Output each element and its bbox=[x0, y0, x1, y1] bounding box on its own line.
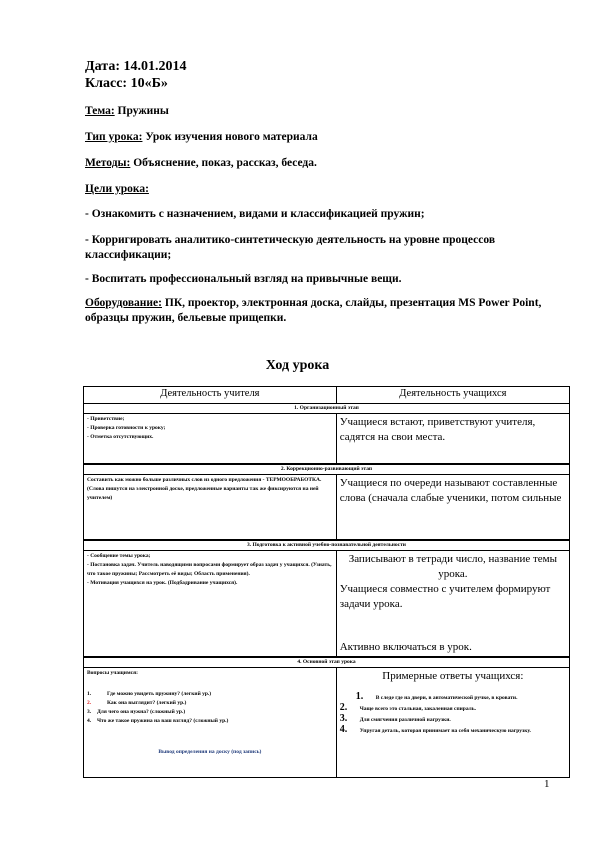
teacher-item: - Проверка готовности к уроку; bbox=[87, 424, 333, 433]
students-column-header: Деятельность учащихся bbox=[336, 387, 569, 404]
student-item: Активно включаться в урок. bbox=[340, 640, 566, 655]
answer-number: 2. bbox=[340, 703, 360, 712]
question-item: 1.Где можно увидеть пружину? (легкий ур.… bbox=[87, 690, 333, 699]
answer-text: В следе где на двери, в автоматической р… bbox=[376, 695, 518, 701]
methods-value: Объяснение, показ, рассказ, беседа. bbox=[130, 157, 317, 169]
equipment-line: Оборудование: ПК, проектор, электронная … bbox=[85, 296, 545, 326]
teacher-item: - Отметка отсутствующих. bbox=[87, 433, 333, 442]
student-activity: Учащиеся встают, приветствуют учителя, с… bbox=[336, 414, 569, 464]
teacher-item: - Постановка задач. Учитель наводящими в… bbox=[87, 561, 333, 579]
teacher-item: - Сообщение темы урока; bbox=[87, 552, 333, 561]
teacher-activity: - Приветствие; - Проверка готовности к у… bbox=[84, 414, 337, 464]
teacher-activity: - Сообщение темы урока; - Постановка зад… bbox=[84, 551, 337, 658]
type-value: Урок изучения нового материала bbox=[142, 131, 317, 143]
answer-text: Для смягчения различной нагрузки. bbox=[360, 717, 451, 723]
stage-title: 2. Коррекционно-развивающий этап bbox=[84, 464, 570, 475]
teacher-column-header: Деятельность учителя bbox=[84, 387, 337, 404]
student-item: Записывают в тетради число, название тем… bbox=[340, 552, 566, 582]
answer-item: 1.В следе где на двери, в автоматической… bbox=[340, 692, 566, 703]
questions-intro: Вопросы учащимся: bbox=[87, 669, 333, 678]
question-text: Как она выглядит? (легкий ур.) bbox=[107, 700, 186, 706]
definition-note: Вывод определения на доску (под запись) bbox=[87, 748, 333, 757]
answers-list: 1.В следе где на двери, в автоматической… bbox=[340, 692, 566, 736]
question-number: 3. bbox=[87, 708, 97, 717]
topic-label: Тема: bbox=[85, 105, 115, 117]
teacher-item: (Слова пишутся на электронной доске, пре… bbox=[87, 485, 333, 503]
type-label: Тип урока: bbox=[85, 131, 142, 143]
answer-item: 2.Чаще всего это стальная, закаленная сп… bbox=[340, 703, 566, 714]
answer-number: 4. bbox=[340, 725, 360, 734]
teacher-item: - Приветствие; bbox=[87, 415, 333, 424]
question-number: 2. bbox=[87, 699, 107, 708]
lesson-progress-title: Ход урока bbox=[0, 358, 595, 374]
goals-line: Цели урока: bbox=[85, 182, 545, 196]
question-text: Где можно увидеть пружину? (легкий ур.) bbox=[107, 691, 211, 697]
stage-title: 3. Подготовка к активной учебно-познават… bbox=[84, 540, 570, 551]
goal-item: - Воспитать профессиональный взгляд на п… bbox=[85, 272, 545, 287]
answer-item: 3.Для смягчения различной нагрузки. bbox=[340, 714, 566, 725]
question-number: 1. bbox=[87, 690, 107, 699]
student-activity: Записывают в тетради число, название тем… bbox=[336, 551, 569, 658]
answers-title: Примерные ответы учащихся: bbox=[340, 669, 566, 684]
goal-item: - Корригировать аналитико-синтетическую … bbox=[85, 233, 545, 263]
topic-line: Тема: Пружины bbox=[85, 104, 545, 118]
methods-label: Методы: bbox=[85, 157, 130, 169]
answer-text: Чаще всего это стальная, закаленная спир… bbox=[360, 706, 476, 712]
question-number: 4. bbox=[87, 717, 97, 726]
teacher-item: - Мотивация учащихся на урок. (Подбадрив… bbox=[87, 579, 333, 588]
answer-number: 3. bbox=[340, 714, 360, 723]
student-item: Учащиеся совместно с учителем формируют … bbox=[340, 582, 566, 612]
stage-title: 1. Организационный этап bbox=[84, 404, 570, 414]
student-activity: Учащиеся по очереди называют составленны… bbox=[336, 474, 569, 540]
answer-item: 4.Упругая деталь, которая принимает на с… bbox=[340, 725, 566, 736]
teacher-activity: Вопросы учащимся: 1.Где можно увидеть пр… bbox=[84, 668, 337, 778]
answer-number: 1. bbox=[356, 692, 376, 701]
question-item: 3.Для чего она нужна? (сложный ур.) bbox=[87, 708, 333, 717]
student-activity: Примерные ответы учащихся: 1.В следе где… bbox=[336, 668, 569, 778]
methods-line: Методы: Объяснение, показ, рассказ, бесе… bbox=[85, 156, 545, 170]
page-number: 1 bbox=[544, 778, 550, 790]
topic-value: Пружины bbox=[115, 105, 169, 117]
equipment-label: Оборудование: bbox=[85, 297, 162, 309]
question-text: Что же такое пружина на ваш взгляд? (сло… bbox=[97, 718, 228, 724]
question-text: Для чего она нужна? (сложный ур.) bbox=[97, 709, 185, 715]
question-item: 4.Что же такое пружина на ваш взгляд? (с… bbox=[87, 717, 333, 726]
stage-title: 4. Основной этап урока bbox=[84, 657, 570, 668]
document-page: Дата: 14.01.2014 Класс: 10«Б» Тема: Пруж… bbox=[0, 0, 595, 842]
class-heading: Класс: 10«Б» bbox=[85, 75, 168, 92]
date-heading: Дата: 14.01.2014 bbox=[85, 58, 186, 75]
goal-item: - Ознакомить с назначением, видами и кла… bbox=[85, 207, 545, 222]
questions-list: 1.Где можно увидеть пружину? (легкий ур.… bbox=[87, 690, 333, 726]
teacher-item: Составить как можно больше различных сло… bbox=[87, 476, 333, 485]
lesson-table: Деятельность учителя Деятельность учащих… bbox=[83, 386, 570, 778]
teacher-activity: Составить как можно больше различных сло… bbox=[84, 474, 337, 540]
goals-label: Цели урока: bbox=[85, 183, 149, 195]
lesson-type-line: Тип урока: Урок изучения нового материал… bbox=[85, 130, 545, 144]
answer-text: Упругая деталь, которая принимает на себ… bbox=[360, 728, 531, 734]
question-item: 2.Как она выглядит? (легкий ур.) bbox=[87, 699, 333, 708]
